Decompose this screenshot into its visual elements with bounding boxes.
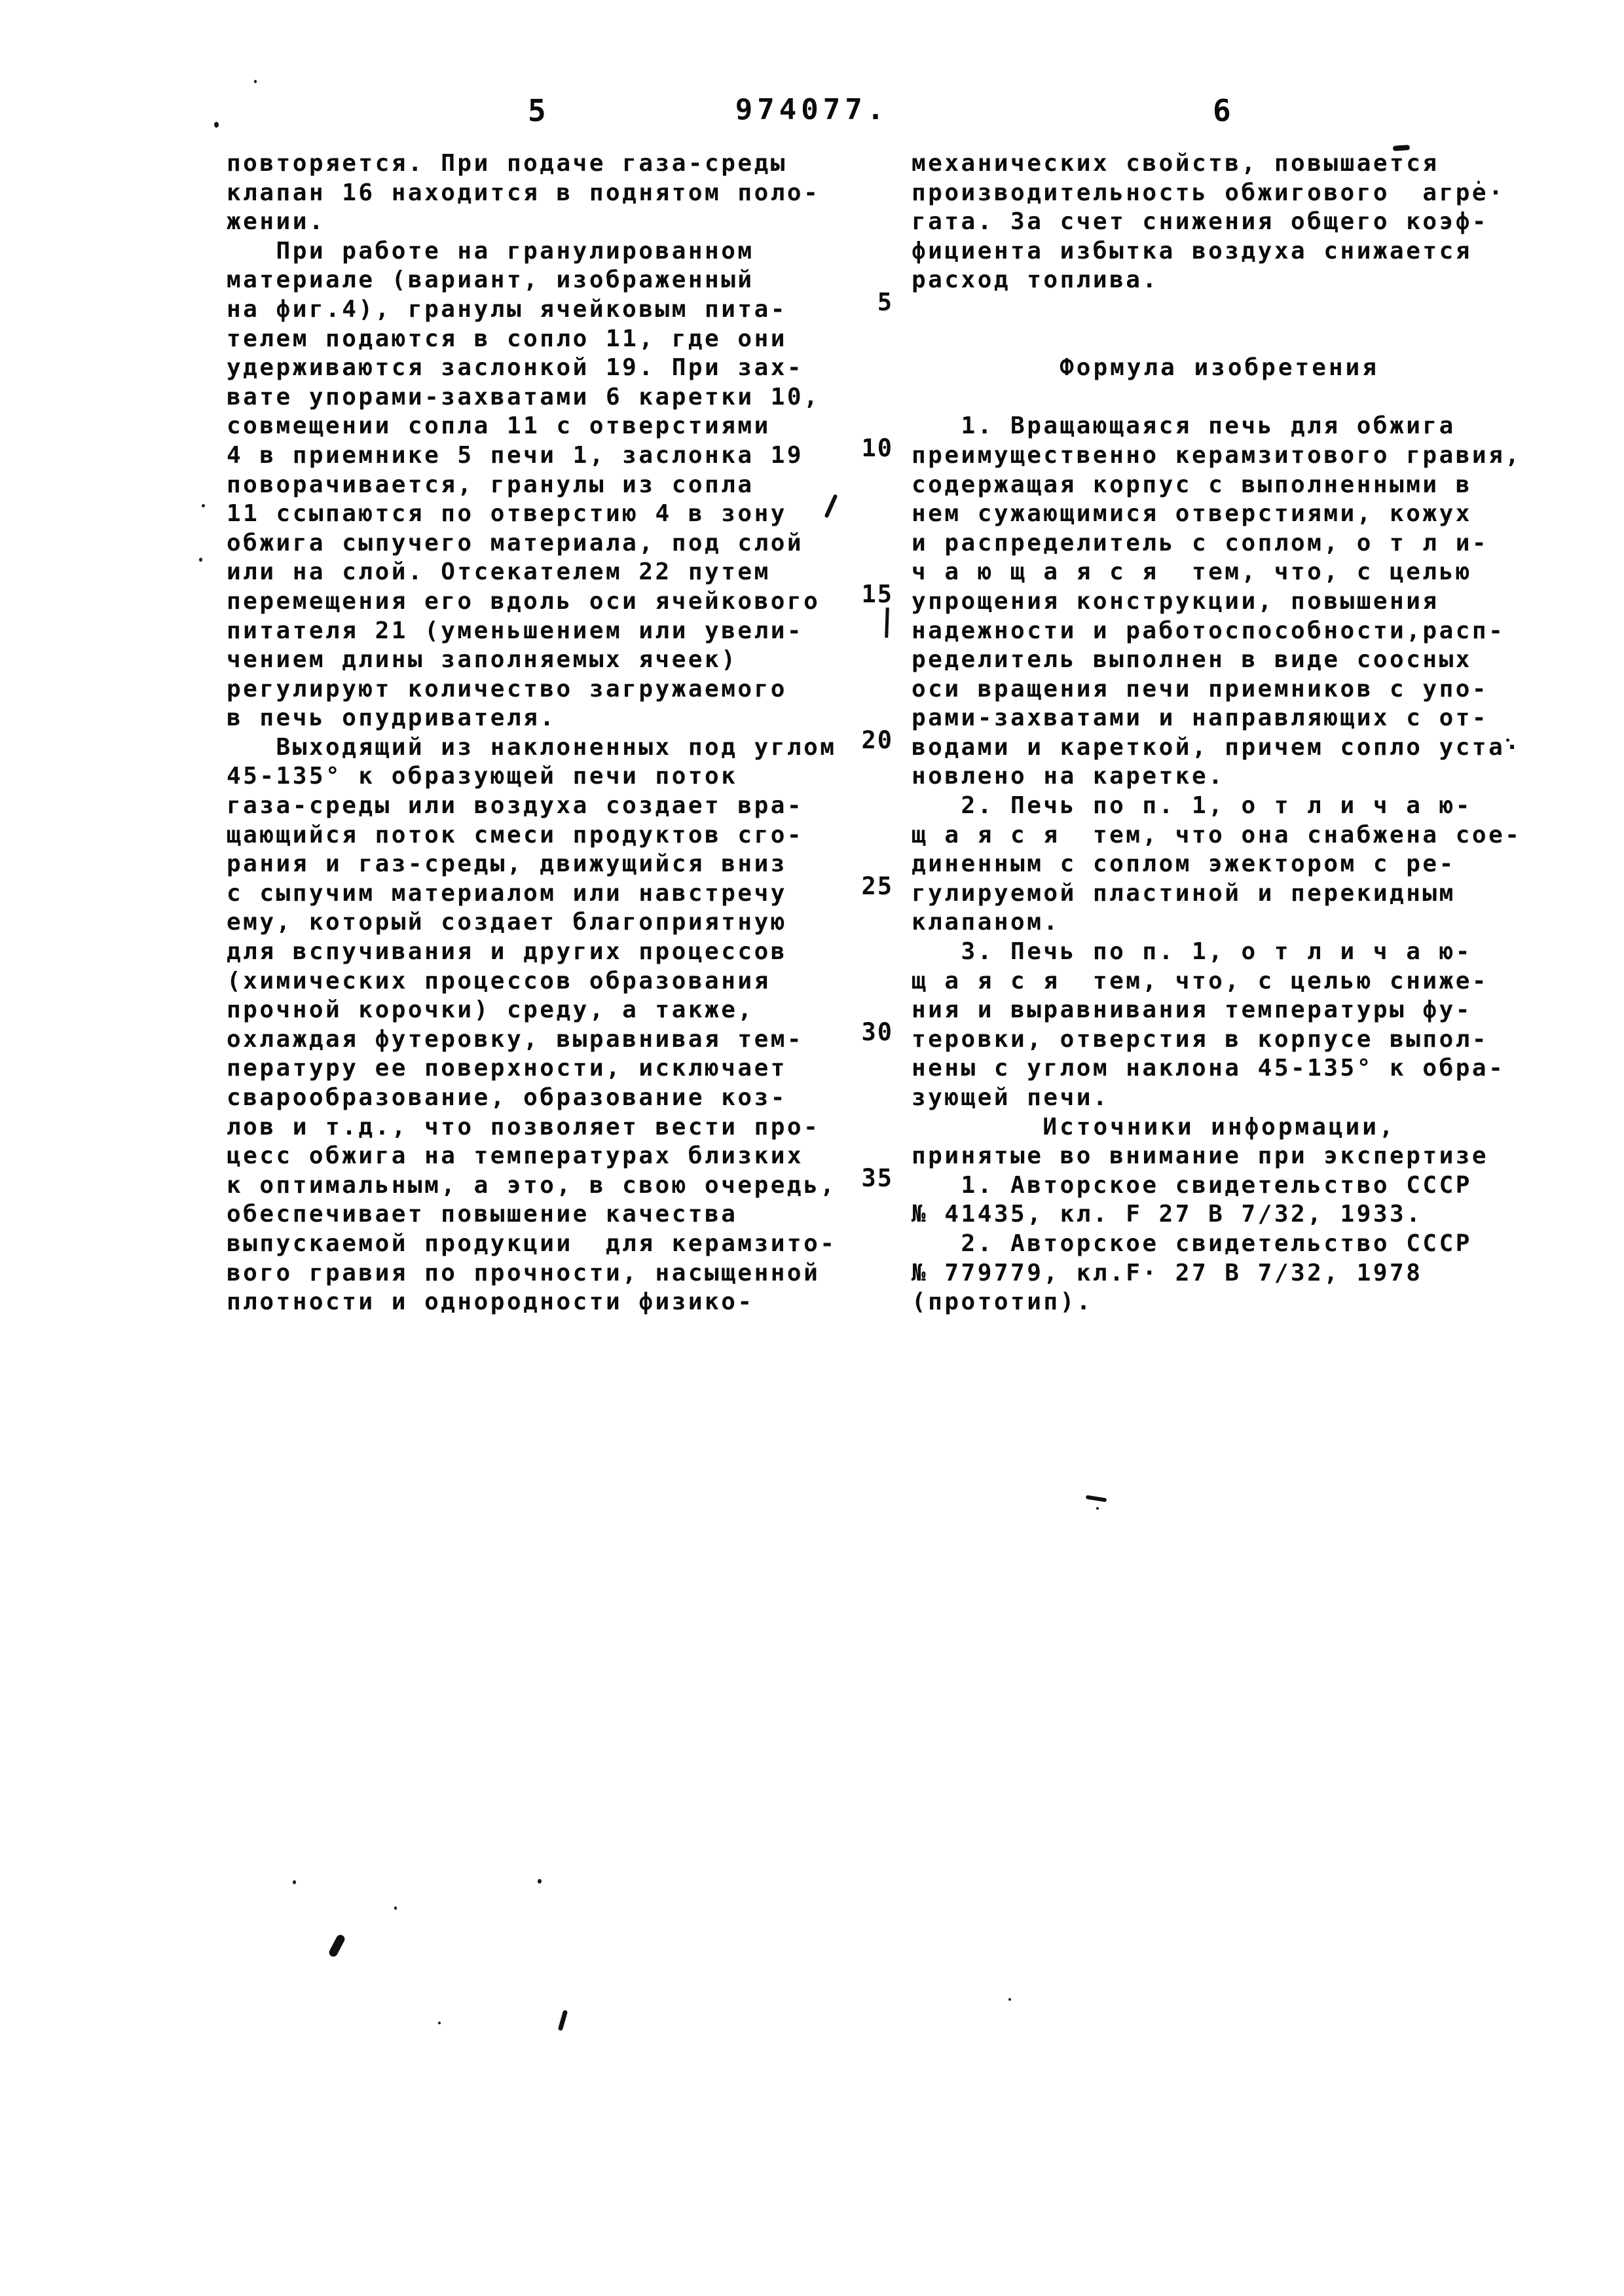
- text-line: цесс обжига на температурах близких: [227, 1142, 842, 1171]
- text-line: совмещении сопла 11 с отверстиями: [227, 412, 842, 441]
- ink-speck: [1477, 181, 1480, 184]
- gutter-line-number: 15: [843, 580, 893, 726]
- ink-speck: [1506, 738, 1509, 742]
- text-line: новлено на каретке.: [912, 762, 1527, 792]
- text-line: перемещения его вдоль оси ячейкового: [227, 587, 842, 617]
- text-line: рания и газ-среды, движущийся вниз: [227, 850, 842, 879]
- text-line: обеспечивает повышение качества: [227, 1200, 842, 1230]
- text-line: (химических процессов образования: [227, 967, 842, 996]
- text-line: расход топлива.: [912, 266, 1527, 295]
- text-line: вате упорами-захватами 6 каретки 10,: [227, 383, 842, 412]
- text-line: надежности и работоспособности,расп-: [912, 617, 1527, 646]
- ink-speck: [538, 1879, 542, 1884]
- text-line: (прототип).: [912, 1288, 1527, 1317]
- text-line: упрощения конструкции, повышения: [912, 587, 1527, 617]
- text-line: диненным с соплом эжектором с ре-: [912, 850, 1527, 879]
- text-line: механических свойств, повышается: [912, 149, 1527, 179]
- column-number-left: 5: [528, 93, 547, 128]
- text-line: преимущественно керамзитового гравия,: [912, 441, 1527, 471]
- gutter-line-number: 30: [843, 1018, 893, 1164]
- text-line: или на слой. Отсекателем 22 путем: [227, 558, 842, 587]
- text-line: удерживаются заслонкой 19. При зах-: [227, 354, 842, 383]
- text-line: гата. За счет снижения общего коэф-: [912, 208, 1527, 237]
- text-line: 2. Авторское свидетельство СССР: [912, 1230, 1527, 1259]
- text-line: сварообразование, образование коз-: [227, 1084, 842, 1113]
- ink-speck: [293, 1880, 296, 1884]
- page-header: 5 974077. 6: [0, 93, 1624, 132]
- ink-speck: [202, 504, 205, 507]
- ink-speck: [214, 122, 219, 128]
- text-line: для вспучивания и других процессов: [227, 938, 842, 967]
- text-line: [912, 295, 1527, 325]
- column-number-right: 6: [1213, 93, 1232, 128]
- ink-stroke: [558, 2010, 568, 2032]
- text-line: фициента избытка воздуха снижается: [912, 237, 1527, 266]
- ink-stroke: [327, 1933, 346, 1958]
- text-line: прочной корочки) среду, а также,: [227, 996, 842, 1025]
- text-line: в печь опудривателя.: [227, 704, 842, 733]
- text-line: регулируют количество загружаемого: [227, 675, 842, 704]
- text-line: клапан 16 находится в поднятом поло-: [227, 179, 842, 208]
- ink-speck: [438, 2022, 441, 2024]
- text-line: ч а ю щ а я с я тем, что, с целью: [912, 558, 1527, 587]
- text-line: ему, который создает благоприятную: [227, 908, 842, 938]
- ink-stroke: [1086, 1495, 1107, 1503]
- text-line: производительность обжигового агре·: [912, 179, 1527, 208]
- text-line: [912, 383, 1527, 412]
- ink-speck: [199, 558, 202, 562]
- ink-speck: [394, 1906, 397, 1910]
- text-line: Выходящий из наклоненных под углом: [227, 733, 842, 763]
- text-line: повторяется. При подаче газа-среды: [227, 149, 842, 179]
- text-line: жении.: [227, 208, 842, 237]
- text-line: № 41435, кл. F 27 B 7/32, 1933.: [912, 1200, 1527, 1230]
- text-line: 11 ссыпаются по отверстию 4 в зону: [227, 500, 842, 529]
- text-line: принятые во внимание при экспертизе: [912, 1142, 1527, 1171]
- text-line: 1. Вращающаяся печь для обжига: [912, 412, 1527, 441]
- text-line: нем сужающимися отверстиями, кожух: [912, 500, 1527, 529]
- text-line: чением длины заполняемых ячеек): [227, 646, 842, 675]
- text-line: пературу ее поверхности, исключает: [227, 1054, 842, 1084]
- text-line: ния и выравнивания температуры фу-: [912, 996, 1527, 1025]
- text-line: Источники информации,: [912, 1113, 1527, 1142]
- text-line: ределитель выполнен в виде соосных: [912, 646, 1527, 675]
- ink-speck: [1096, 1507, 1099, 1510]
- text-line: оси вращения печи приемников с упо-: [912, 675, 1527, 704]
- text-line: гулируемой пластиной и перекидным: [912, 879, 1527, 909]
- text-line: рами-захватами и направляющих с от-: [912, 704, 1527, 733]
- text-line: теровки, отверстия в корпусе выпол-: [912, 1025, 1527, 1055]
- text-line: поворачивается, гранулы из сопла: [227, 471, 842, 500]
- text-line: щающийся поток смеси продуктов сго-: [227, 821, 842, 850]
- text-line: 45-135° к образующей печи поток: [227, 762, 842, 792]
- gutter-line-number: 10: [843, 434, 893, 580]
- gutter-line-number: 25: [843, 872, 893, 1018]
- text-line: Формула изобретения: [912, 354, 1527, 383]
- text-line: охлаждая футеровку, выравнивая тем-: [227, 1025, 842, 1055]
- text-line: лов и т.д., что позволяет вести про-: [227, 1113, 842, 1142]
- text-line: 1. Авторское свидетельство СССР: [912, 1171, 1527, 1201]
- text-line: питателя 21 (уменьшением или увели-: [227, 617, 842, 646]
- line-number-gutter: 5101520253035: [843, 288, 893, 1310]
- text-line: водами и кареткой, причем сопло уста·: [912, 733, 1527, 763]
- text-line: щ а я с я тем, что она снабжена сое-: [912, 821, 1527, 850]
- text-line: материале (вариант, изображенный: [227, 266, 842, 295]
- text-line: клапаном.: [912, 908, 1527, 938]
- patent-page: 5 974077. 6 повторяется. При подаче газа…: [0, 0, 1624, 2296]
- gutter-line-number: 5: [843, 288, 893, 434]
- text-line: и распределитель с соплом, о т л и-: [912, 529, 1527, 558]
- text-line: газа-среды или воздуха создает вра-: [227, 792, 842, 821]
- text-line: с сыпучим материалом или навстречу: [227, 879, 842, 909]
- gutter-line-number: 20: [843, 726, 893, 872]
- text-line: содержащая корпус с выполненными в: [912, 471, 1527, 500]
- text-line: плотности и однородности физико-: [227, 1288, 842, 1317]
- gutter-line-number: 35: [843, 1164, 893, 1310]
- text-line: вого гравия по прочности, насыщенной: [227, 1259, 842, 1288]
- text-line: При работе на гранулированном: [227, 237, 842, 266]
- text-line: зующей печи.: [912, 1084, 1527, 1113]
- left-column-text: повторяется. При подаче газа-средыклапан…: [227, 149, 842, 1317]
- text-line: к оптимальным, а это, в свою очередь,: [227, 1171, 842, 1201]
- text-line: нены с углом наклона 45-135° к обра-: [912, 1054, 1527, 1084]
- text-line: телем подаются в сопло 11, где они: [227, 325, 842, 354]
- text-line: № 779779, кл.F· 27 B 7/32, 1978: [912, 1259, 1527, 1288]
- text-line: 2. Печь по п. 1, о т л и ч а ю-: [912, 792, 1527, 821]
- ink-speck: [1008, 1998, 1011, 2001]
- text-line: на фиг.4), гранулы ячейковым пита-: [227, 295, 842, 325]
- right-column-text: механических свойств, повышаетсяпроизвод…: [912, 149, 1527, 1317]
- text-line: 4 в приемнике 5 печи 1, заслонка 19: [227, 441, 842, 471]
- text-line: [912, 325, 1527, 354]
- patent-number: 974077.: [735, 93, 889, 126]
- text-line: выпускаемой продукции для керамзито-: [227, 1230, 842, 1259]
- text-line: щ а я с я тем, что, с целью сниже-: [912, 967, 1527, 996]
- text-line: 3. Печь по п. 1, о т л и ч а ю-: [912, 938, 1527, 967]
- text-line: обжига сыпучего материала, под слой: [227, 529, 842, 558]
- ink-speck: [254, 80, 257, 83]
